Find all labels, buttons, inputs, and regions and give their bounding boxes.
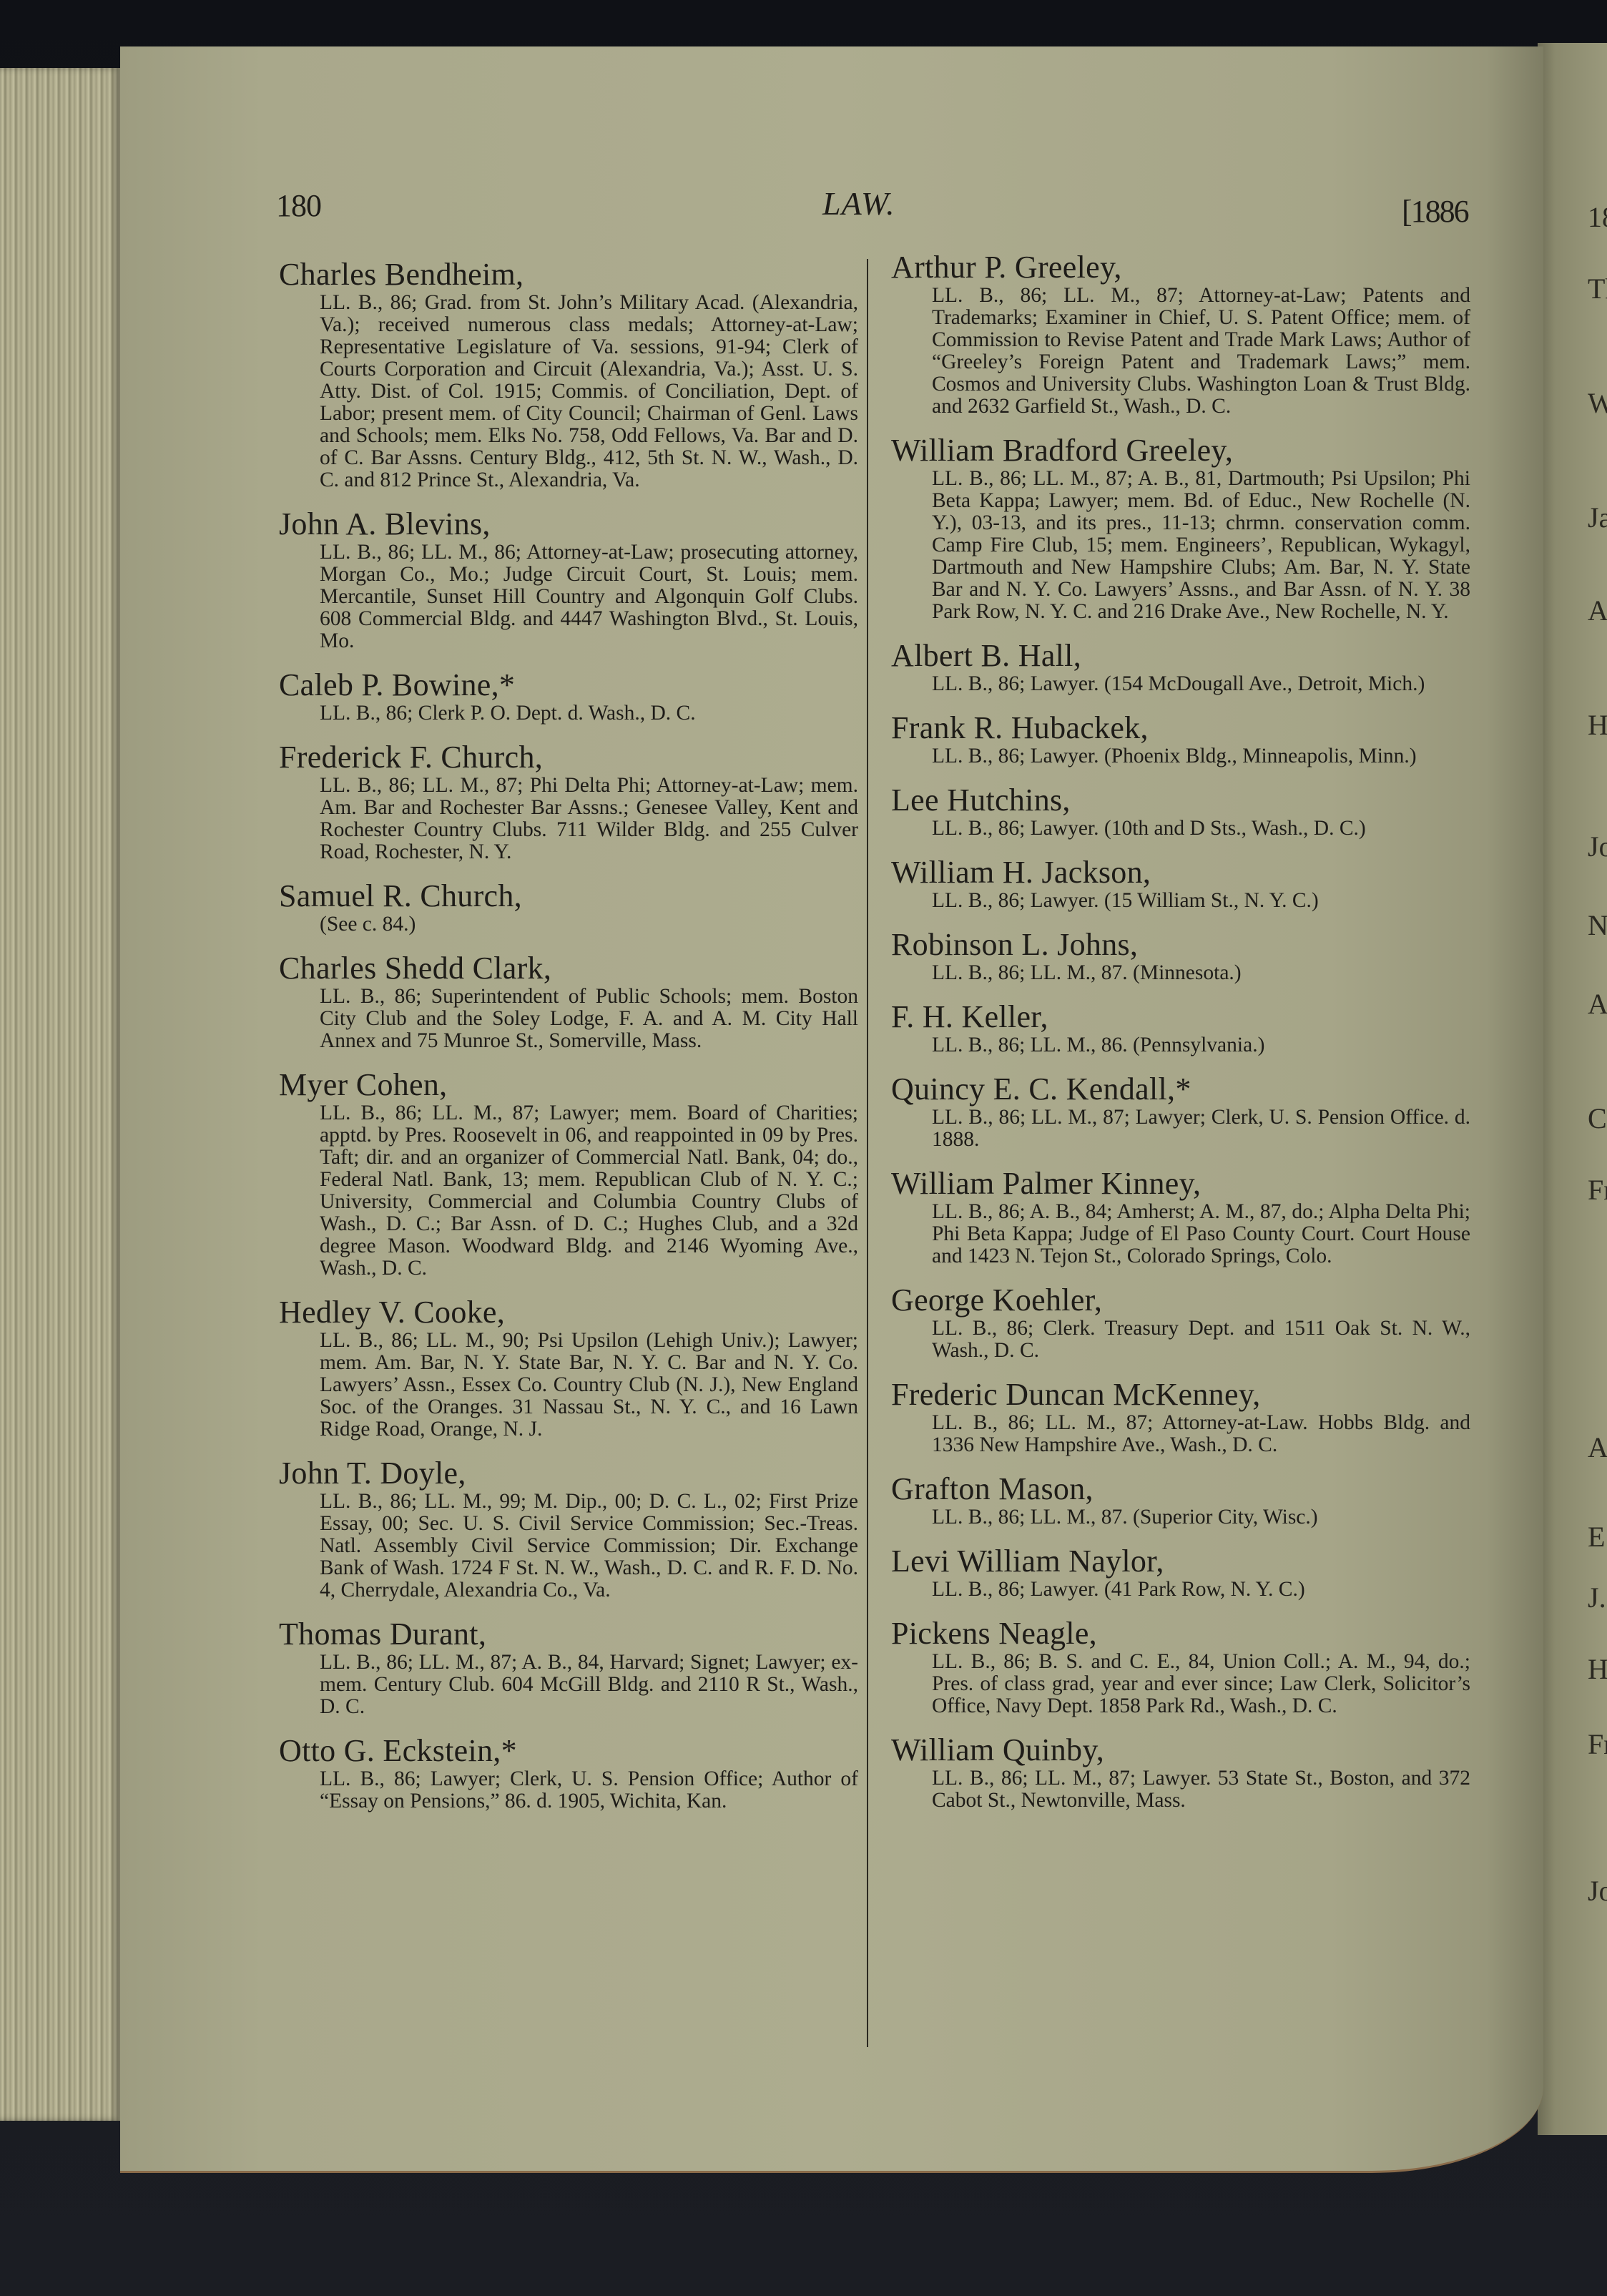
entry: Thomas Durant,LL. B., 86; LL. M., 87; A.… xyxy=(279,1617,858,1718)
entry-name: John A. Blevins, xyxy=(279,507,858,541)
entry-name: Charles Shedd Clark, xyxy=(279,951,858,986)
entry-name: William Palmer Kinney, xyxy=(891,1167,1470,1201)
entry-body: LL. B., 86; LL. M., 87; A. B., 84, Harva… xyxy=(279,1652,858,1718)
entry: Frederic Duncan McKenney,LL. B., 86; LL.… xyxy=(891,1378,1470,1456)
entry-body: LL. B., 86; LL. M., 87; Lawyer; mem. Boa… xyxy=(279,1102,858,1280)
entry-name: Samuel R. Church, xyxy=(279,879,858,913)
entry-body: LL. B., 86; Clerk P. O. Dept. d. Wash., … xyxy=(279,702,858,725)
entry-body: LL. B., 86; LL. M., 86. (Pennsylvania.) xyxy=(891,1034,1470,1056)
next-page-fragment: H xyxy=(1588,1652,1607,1686)
column-divider xyxy=(867,259,868,2047)
next-page-fragment: W xyxy=(1588,386,1607,420)
next-page-fragment: Jo xyxy=(1588,830,1607,863)
entry-name: Quincy E. C. Kendall,* xyxy=(891,1072,1470,1107)
section-title: LAW. xyxy=(822,185,895,222)
entry: F. H. Keller,LL. B., 86; LL. M., 86. (Pe… xyxy=(891,1000,1470,1056)
entry-body: LL. B., 86; Lawyer. (41 Park Row, N. Y. … xyxy=(891,1579,1470,1601)
entry-body: LL. B., 86; LL. M., 86; Attorney-at-Law;… xyxy=(279,541,858,652)
right-column: Arthur P. Greeley,LL. B., 86; LL. M., 87… xyxy=(891,250,1470,1828)
entry-name: Levi William Naylor, xyxy=(891,1544,1470,1579)
entry-body: LL. B., 86; LL. M., 87. (Superior City, … xyxy=(891,1506,1470,1529)
left-column: Charles Bendheim,LL. B., 86; Grad. from … xyxy=(279,257,858,1828)
next-page-fragment: Al xyxy=(1588,1431,1607,1464)
entry-body: LL. B., 86; LL. M., 90; Psi Upsilon (Leh… xyxy=(279,1330,858,1441)
entry-name: Lee Hutchins, xyxy=(891,783,1470,818)
entry-name: Albert B. Hall, xyxy=(891,639,1470,673)
next-page-fragment: 18 xyxy=(1588,200,1607,234)
entry: Charles Bendheim,LL. B., 86; Grad. from … xyxy=(279,257,858,491)
entry: Myer Cohen,LL. B., 86; LL. M., 87; Lawye… xyxy=(279,1068,858,1280)
next-page-fragment: N. xyxy=(1588,908,1607,942)
page-number: 180 xyxy=(276,187,321,224)
entry-name: Frederic Duncan McKenney, xyxy=(891,1378,1470,1412)
next-page-fragment: Ja xyxy=(1588,501,1607,534)
entry-name: Arthur P. Greeley, xyxy=(891,250,1470,285)
entry: Caleb P. Bowine,*LL. B., 86; Clerk P. O.… xyxy=(279,668,858,725)
entry: Grafton Mason,LL. B., 86; LL. M., 87. (S… xyxy=(891,1472,1470,1529)
entry-name: Thomas Durant, xyxy=(279,1617,858,1652)
entry: Quincy E. C. Kendall,*LL. B., 86; LL. M.… xyxy=(891,1072,1470,1151)
next-page-fragment: Al xyxy=(1588,594,1607,627)
entry-name: William Bradford Greeley, xyxy=(891,433,1470,468)
next-page-fragment: Fr xyxy=(1588,1727,1607,1761)
entry-body: LL. B., 86; Lawyer. (154 McDougall Ave.,… xyxy=(891,673,1470,695)
class-year-mark: [1886 xyxy=(1402,193,1468,230)
next-page-fragment: E. xyxy=(1588,1520,1607,1554)
entry: Frank R. Hubackek,LL. B., 86; Lawyer. (P… xyxy=(891,711,1470,767)
entry: John A. Blevins,LL. B., 86; LL. M., 86; … xyxy=(279,507,858,652)
entry: John T. Doyle,LL. B., 86; LL. M., 99; M.… xyxy=(279,1456,858,1601)
entry-body: LL. B., 86; LL. M., 87; Lawyer; Clerk, U… xyxy=(891,1107,1470,1151)
next-page-fragment: Ch xyxy=(1588,1102,1607,1135)
entry-name: John T. Doyle, xyxy=(279,1456,858,1491)
entry: George Koehler,LL. B., 86; Clerk. Treasu… xyxy=(891,1283,1470,1362)
next-page-fragment: Th xyxy=(1588,272,1607,305)
entry-name: Frank R. Hubackek, xyxy=(891,711,1470,745)
page-stack-edges xyxy=(0,68,120,2121)
entry-name: Caleb P. Bowine,* xyxy=(279,668,858,702)
entry-body: LL. B., 86; A. B., 84; Amherst; A. M., 8… xyxy=(891,1201,1470,1267)
entry: Arthur P. Greeley,LL. B., 86; LL. M., 87… xyxy=(891,250,1470,418)
entry-name: Hedley V. Cooke, xyxy=(279,1295,858,1330)
entry: Hedley V. Cooke,LL. B., 86; LL. M., 90; … xyxy=(279,1295,858,1441)
next-page-fragment: Fr xyxy=(1588,1173,1607,1207)
entry-name: William Quinby, xyxy=(891,1733,1470,1767)
entry-body: LL. B., 86; Grad. from St. John’s Milita… xyxy=(279,292,858,491)
entry-name: F. H. Keller, xyxy=(891,1000,1470,1034)
next-page-fragment: Jo xyxy=(1588,1874,1607,1908)
next-page-fragment: Ar xyxy=(1588,987,1607,1021)
entry-body: LL. B., 86; Lawyer. (15 William St., N. … xyxy=(891,890,1470,912)
entry: Samuel R. Church,(See c. 84.) xyxy=(279,879,858,936)
entry-body: LL. B., 86; Clerk. Treasury Dept. and 15… xyxy=(891,1318,1470,1362)
entry-body: LL. B., 86; Lawyer. (10th and D Sts., Wa… xyxy=(891,818,1470,840)
entry-body: LL. B., 86; Lawyer. (Phoenix Bldg., Minn… xyxy=(891,745,1470,767)
entry-body: (See c. 84.) xyxy=(279,913,858,936)
entry-name: Otto G. Eckstein,* xyxy=(279,1734,858,1768)
entry: William H. Jackson,LL. B., 86; Lawyer. (… xyxy=(891,855,1470,912)
entry-body: LL. B., 86; LL. M., 99; M. Dip., 00; D. … xyxy=(279,1491,858,1601)
entry: Pickens Neagle,LL. B., 86; B. S. and C. … xyxy=(891,1616,1470,1717)
entry: Frederick F. Church,LL. B., 86; LL. M., … xyxy=(279,740,858,863)
entry: William Quinby,LL. B., 86; LL. M., 87; L… xyxy=(891,1733,1470,1812)
entry-body: LL. B., 86; Lawyer; Clerk, U. S. Pension… xyxy=(279,1768,858,1812)
entry: Charles Shedd Clark,LL. B., 86; Superint… xyxy=(279,951,858,1052)
entry-body: LL. B., 86; LL. M., 87; A. B., 81, Dartm… xyxy=(891,468,1470,623)
entry-name: Robinson L. Johns, xyxy=(891,928,1470,962)
entry-body: LL. B., 86; Superintendent of Public Sch… xyxy=(279,986,858,1052)
entry: William Bradford Greeley,LL. B., 86; LL.… xyxy=(891,433,1470,623)
entry-name: Grafton Mason, xyxy=(891,1472,1470,1506)
entry-name: Frederick F. Church, xyxy=(279,740,858,775)
entry-name: Myer Cohen, xyxy=(279,1068,858,1102)
next-page-fragment: J. xyxy=(1588,1581,1606,1614)
entry: Otto G. Eckstein,*LL. B., 86; Lawyer; Cl… xyxy=(279,1734,858,1812)
entry-body: LL. B., 86; B. S. and C. E., 84, Union C… xyxy=(891,1651,1470,1717)
next-page-edge: 18ThWJaAlHeJoN.ArChFrAlE.J.HFrJo xyxy=(1538,43,1607,2135)
entry-body: LL. B., 86; LL. M., 87; Lawyer. 53 State… xyxy=(891,1767,1470,1812)
entry-body: LL. B., 86; LL. M., 87; Attorney-at-Law;… xyxy=(891,285,1470,418)
entry: Levi William Naylor,LL. B., 86; Lawyer. … xyxy=(891,1544,1470,1601)
entry: Robinson L. Johns,LL. B., 86; LL. M., 87… xyxy=(891,928,1470,984)
entry-name: Charles Bendheim, xyxy=(279,257,858,292)
entry-name: Pickens Neagle, xyxy=(891,1616,1470,1651)
entry: Lee Hutchins,LL. B., 86; Lawyer. (10th a… xyxy=(891,783,1470,840)
entry-body: LL. B., 86; LL. M., 87. (Minnesota.) xyxy=(891,962,1470,984)
entry: William Palmer Kinney,LL. B., 86; A. B.,… xyxy=(891,1167,1470,1267)
entry-name: George Koehler, xyxy=(891,1283,1470,1318)
entry-body: LL. B., 86; LL. M., 87; Phi Delta Phi; A… xyxy=(279,775,858,863)
entry: Albert B. Hall,LL. B., 86; Lawyer. (154 … xyxy=(891,639,1470,695)
entry-name: William H. Jackson, xyxy=(891,855,1470,890)
entry-body: LL. B., 86; LL. M., 87; Attorney-at-Law.… xyxy=(891,1412,1470,1456)
next-page-fragment: He xyxy=(1588,708,1607,742)
